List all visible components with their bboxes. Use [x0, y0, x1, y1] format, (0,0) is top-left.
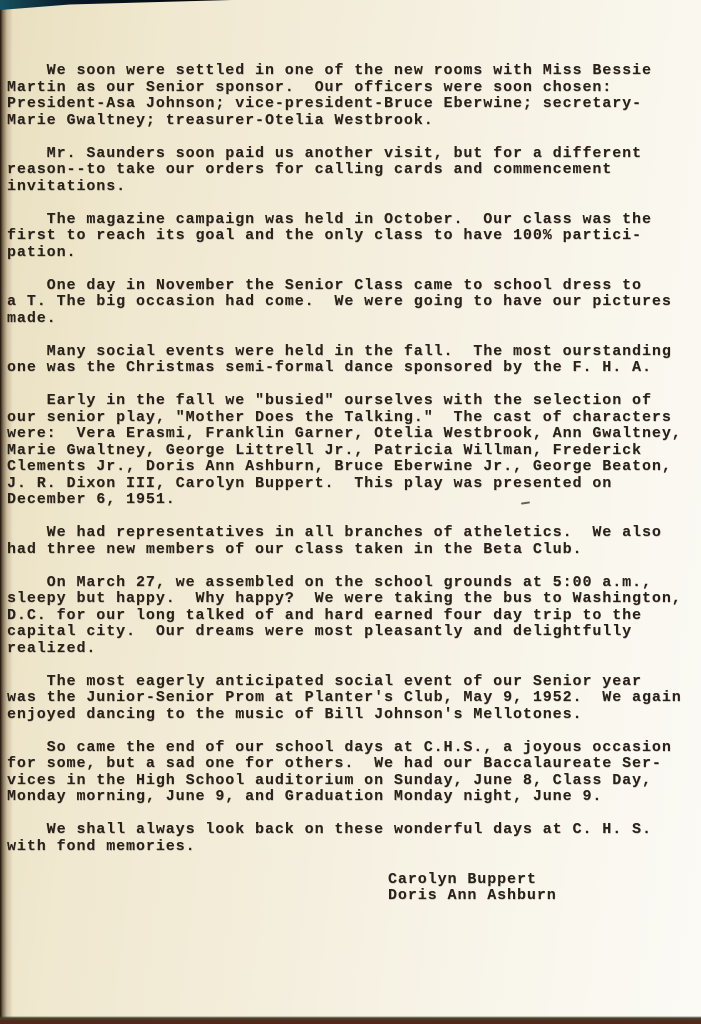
text-line: one was the Christmas semi-formal dance …	[7, 360, 697, 377]
document-body: We soon were settled in one of the new r…	[7, 63, 697, 905]
paragraph: One day in November the Senior Class cam…	[7, 278, 697, 328]
text-line: So came the end of our school days at C.…	[7, 740, 697, 757]
paragraph: We shall always look back on these wonde…	[7, 822, 697, 855]
top-left-corner-shadow	[0, 0, 232, 10]
text-line: sleepy but happy. Why happy? We were tak…	[7, 591, 697, 608]
text-line: Monday morning, June 9, and Graduation M…	[7, 789, 697, 806]
text-line: D.C. for our long talked of and hard ear…	[7, 608, 697, 625]
text-line: capital city. Our dreams were most pleas…	[7, 624, 697, 641]
text-line: enjoyed dancing to the music of Bill Joh…	[7, 707, 697, 724]
paragraph: The magazine campaign was held in Octobe…	[7, 212, 697, 262]
text-line: pation.	[7, 245, 697, 262]
paragraph: Early in the fall we "busied" ourselves …	[7, 393, 697, 509]
text-line: first to reach its goal and the only cla…	[7, 228, 697, 245]
paragraph: So came the end of our school days at C.…	[7, 740, 697, 806]
text-line: On March 27, we assembled on the school …	[7, 575, 697, 592]
text-line: Marie Gwaltney; treasurer-Otelia Westbro…	[7, 113, 697, 130]
text-line: with fond memories.	[7, 839, 697, 856]
text-line: Martin as our Senior sponsor. Our office…	[7, 80, 697, 97]
text-line: realized.	[7, 641, 697, 658]
text-line: for some, but a sad one for others. We h…	[7, 756, 697, 773]
text-line: made.	[7, 311, 697, 328]
paragraph-list: We soon were settled in one of the new r…	[7, 63, 697, 855]
paragraph: The most eagerly anticipated social even…	[7, 674, 697, 724]
paragraph: We had representatives in all branches o…	[7, 525, 697, 558]
paragraph: Mr. Saunders soon paid us another visit,…	[7, 146, 697, 196]
text-line: a T. The big occasion had come. We were …	[7, 294, 697, 311]
text-line: Early in the fall we "busied" ourselves …	[7, 393, 697, 410]
paragraph: On March 27, we assembled on the school …	[7, 575, 697, 658]
paragraph: We soon were settled in one of the new r…	[7, 63, 697, 129]
text-line: had three new members of our class taken…	[7, 542, 697, 559]
text-line: J. R. Dixon III, Carolyn Buppert. This p…	[7, 476, 697, 493]
text-line: reason--to take our orders for calling c…	[7, 162, 697, 179]
text-line: was the Junior-Senior Prom at Planter's …	[7, 690, 697, 707]
text-line: We had representatives in all branches o…	[7, 525, 697, 542]
bottom-edge-shadow	[0, 1016, 701, 1024]
text-line: The most eagerly anticipated social even…	[7, 674, 697, 691]
text-line: The magazine campaign was held in Octobe…	[7, 212, 697, 229]
text-line: Marie Gwaltney, George Littrell Jr., Pat…	[7, 443, 697, 460]
text-line: Many social events were held in the fall…	[7, 344, 697, 361]
text-line: Mr. Saunders soon paid us another visit,…	[7, 146, 697, 163]
text-line: were: Vera Erasmi, Franklin Garner, Otel…	[7, 426, 697, 443]
paragraph: Many social events were held in the fall…	[7, 344, 697, 377]
text-line: We soon were settled in one of the new r…	[7, 63, 697, 80]
text-line: vices in the High School auditorium on S…	[7, 773, 697, 790]
text-line: We shall always look back on these wonde…	[7, 822, 697, 839]
signature-block: Carolyn Buppert Doris Ann Ashburn	[388, 872, 697, 905]
text-line: One day in November the Senior Class cam…	[7, 278, 697, 295]
signature-name: Carolyn Buppert	[388, 872, 697, 889]
text-line: Clements Jr., Doris Ann Ashburn, Bruce E…	[7, 459, 697, 476]
document-page: We soon were settled in one of the new r…	[0, 0, 701, 1024]
text-line: invitations.	[7, 179, 697, 196]
text-line: President-Asa Johnson; vice-president-Br…	[7, 96, 697, 113]
signature-name: Doris Ann Ashburn	[388, 888, 697, 905]
text-line: our senior play, "Mother Does the Talkin…	[7, 410, 697, 427]
text-line: December 6, 1951.	[7, 492, 697, 509]
